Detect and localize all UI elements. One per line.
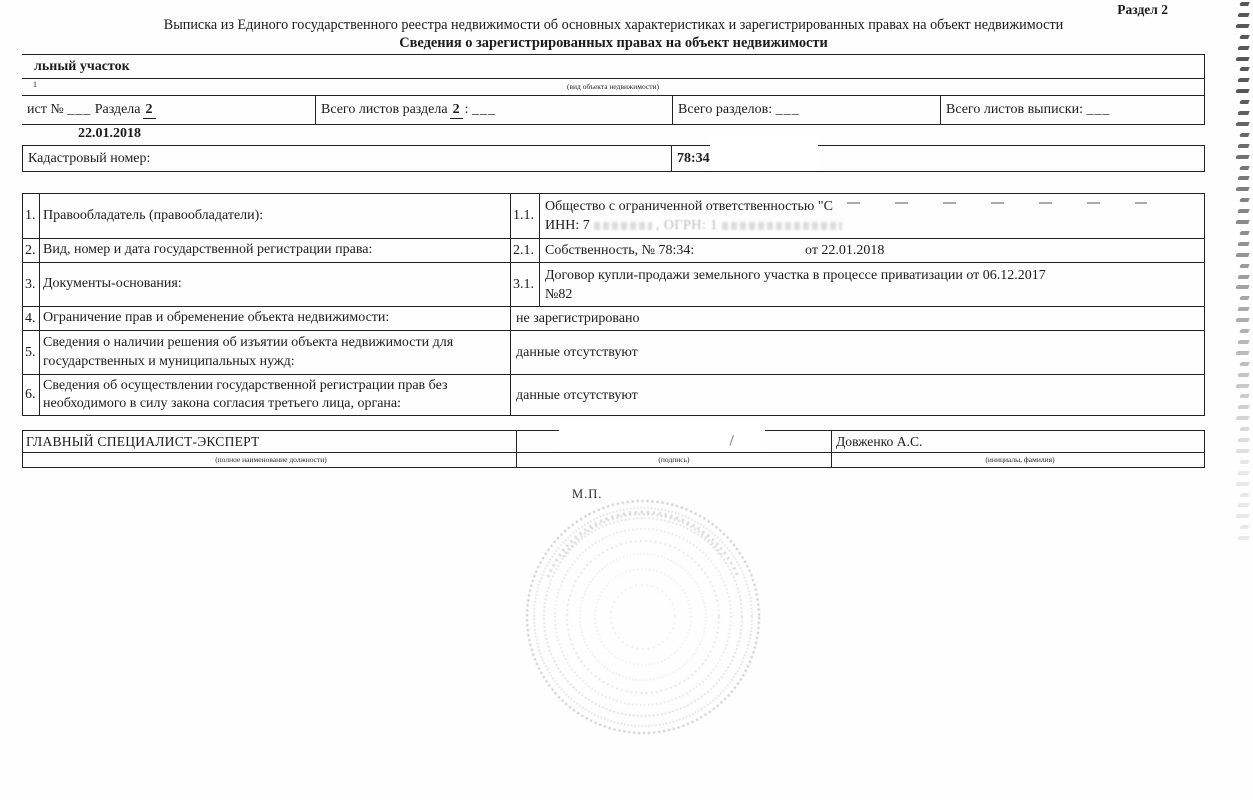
object-type-caption-row: 1 (вид объекта недвижимости) xyxy=(22,79,1204,96)
row-subnumber: 2.1. xyxy=(511,239,540,262)
binding-mark xyxy=(1235,351,1249,355)
total-extract-sheets-cell: Всего листов выписки: ___ xyxy=(940,96,1204,124)
sheet-number-cell: ист № ___ Раздела 2 xyxy=(22,96,315,124)
signature-cell xyxy=(517,431,832,452)
row-number: 4. xyxy=(23,307,40,330)
cadastral-number-label: Кадастровый номер: xyxy=(23,146,672,171)
name-cell: Довженко А.С. xyxy=(832,431,1204,452)
binding-mark xyxy=(1239,296,1249,300)
binding-mark xyxy=(1235,318,1249,322)
sheet-razdel-label: Раздела xyxy=(95,102,141,118)
row-label: Правообладатель (правообладатели): xyxy=(40,194,511,238)
document-subtitle: Сведения о зарегистрированных правах на … xyxy=(22,35,1205,52)
basis-document-number: №82 xyxy=(545,285,1204,304)
ownership-number: Собственность, № 78:34: xyxy=(545,243,694,258)
binding-mark xyxy=(1235,384,1249,388)
binding-mark xyxy=(1235,514,1249,518)
rightholder-name: Общество с ограниченной ответственностью… xyxy=(545,199,833,214)
sheet-razdel-number: 2 xyxy=(143,102,156,119)
row-number: 3. xyxy=(23,263,40,306)
signature-captions-row: (полное наименование должности) (подпись… xyxy=(23,453,1204,467)
total-sheets-label: Всего листов раздела xyxy=(321,102,448,118)
binding-mark xyxy=(1237,242,1249,246)
binding-mark xyxy=(1239,362,1249,366)
total-sections-label: Всего разделов: xyxy=(678,102,772,118)
signature-row: ГЛАВНЫЙ СПЕЦИАЛИСТ-ЭКСПЕРТ Довженко А.С. xyxy=(23,431,1204,453)
binding-mark xyxy=(1237,340,1249,344)
binding-mark xyxy=(1237,438,1249,442)
sign-caption: (подпись) xyxy=(517,453,832,467)
binding-mark xyxy=(1235,122,1249,126)
seizure-info-value: данные отсутствуют xyxy=(516,343,1204,362)
redacted-faint-traces xyxy=(722,222,842,230)
object-type-caption: (вид объекта недвижимости) xyxy=(22,82,1204,91)
total-sheets-number: 2 xyxy=(450,102,463,119)
object-sheets-table: льный участок 1 (вид объекта недвижимост… xyxy=(22,54,1205,125)
sheets-row: ист № ___ Раздела 2 Всего листов раздела… xyxy=(22,96,1204,124)
row-number: 6. xyxy=(23,375,40,415)
binding-mark xyxy=(1239,427,1249,431)
binding-mark xyxy=(1237,209,1249,213)
sheet-number-blank: ___ xyxy=(67,102,91,118)
restrictions-value: не зарегистрировано xyxy=(516,309,1204,328)
row-label: Документы-основания: xyxy=(40,263,511,306)
binding-mark xyxy=(1237,307,1249,311)
binding-mark xyxy=(1235,449,1249,453)
redaction-box xyxy=(710,137,818,169)
binding-mark xyxy=(1237,471,1249,475)
egrn-extract-scan: Раздел 2 Выписка из Единого государствен… xyxy=(0,0,1253,800)
binding-mark xyxy=(1239,133,1249,137)
official-name: Довженко А.С. xyxy=(836,434,922,450)
table-row: 1. Правообладатель (правообладатели): 1.… xyxy=(23,194,1204,238)
binding-mark xyxy=(1237,111,1249,115)
table-row: 6. Сведения об осуществлении государстве… xyxy=(23,374,1204,415)
row-subnumber: 3.1. xyxy=(511,263,540,306)
row-label: Вид, номер и дата государственной регист… xyxy=(40,239,511,262)
binding-mark xyxy=(1235,187,1249,191)
binding-mark xyxy=(1237,536,1249,540)
binding-mark xyxy=(1239,100,1249,104)
total-sheets-blank: ___ xyxy=(472,102,496,118)
table-row: 5. Сведения о наличии решения об изъятии… xyxy=(23,330,1204,374)
sheet-number-label: ист № xyxy=(27,102,64,118)
cadastral-number-table: Кадастровый номер: 78:34:0 xyxy=(22,145,1205,172)
section-label: Раздел 2 xyxy=(1117,2,1168,18)
binding-mark xyxy=(1237,78,1249,82)
row-value: Договор купли-продажи земельного участка… xyxy=(540,263,1204,306)
binding-marks xyxy=(1231,0,1253,560)
issue-date: 22.01.2018 xyxy=(78,126,141,142)
row-number: 2. xyxy=(23,239,40,262)
binding-mark xyxy=(1235,285,1249,289)
table-row: 3. Документы-основания: 3.1. Договор куп… xyxy=(23,262,1204,306)
document-title: Выписка из Единого государственного реес… xyxy=(22,17,1205,34)
binding-mark xyxy=(1235,89,1249,93)
row-label: Ограничение прав и обременение объекта н… xyxy=(40,307,511,330)
binding-mark xyxy=(1235,155,1249,159)
binding-mark xyxy=(1235,253,1249,257)
object-type-value: льный участок xyxy=(34,59,130,75)
binding-mark xyxy=(1239,198,1249,202)
row-value: данные отсутствуют xyxy=(511,331,1204,374)
binding-mark xyxy=(1239,2,1249,6)
redacted-faint-traces xyxy=(594,222,652,230)
ogrn-faint: , ОГРН: 1 xyxy=(656,218,718,233)
binding-mark xyxy=(1239,525,1249,529)
registration-date: от 22.01.2018 xyxy=(805,239,884,262)
binding-mark xyxy=(1235,482,1249,486)
total-extract-sheets-label: Всего листов выписки: xyxy=(946,102,1083,118)
row-label: Сведения о наличии решения об изъятии об… xyxy=(40,331,511,374)
redacted-faint-traces xyxy=(847,202,1147,204)
official-position: ГЛАВНЫЙ СПЕЦИАЛИСТ-ЭКСПЕРТ xyxy=(26,434,260,450)
row-label: Сведения об осуществлении государственно… xyxy=(40,375,511,415)
binding-mark xyxy=(1237,405,1249,409)
row-number: 5. xyxy=(23,331,40,374)
row-value: не зарегистрировано xyxy=(511,307,1204,330)
total-sheets-colon: : xyxy=(465,102,469,118)
total-sections-cell: Всего разделов: ___ xyxy=(672,96,940,124)
row-value: Собственность, № 78:34: от 22.01.2018 xyxy=(540,239,1204,262)
binding-mark xyxy=(1235,416,1249,420)
total-extract-sheets-blank: ___ xyxy=(1086,102,1110,118)
binding-mark xyxy=(1239,67,1249,71)
binding-mark xyxy=(1235,220,1249,224)
total-sections-blank: ___ xyxy=(776,102,800,118)
official-stamp-icon xyxy=(518,497,768,737)
table-row: 4. Ограничение прав и обременение объект… xyxy=(23,306,1204,330)
inn-prefix: ИНН: 7 xyxy=(545,218,590,233)
signature-table: ГЛАВНЫЙ СПЕЦИАЛИСТ-ЭКСПЕРТ Довженко А.С.… xyxy=(22,430,1205,468)
binding-mark xyxy=(1237,176,1249,180)
row-number: 1. xyxy=(23,194,40,238)
binding-mark xyxy=(1237,503,1249,507)
cadastral-number-value-cell: 78:34:0 xyxy=(672,146,1204,171)
binding-mark xyxy=(1239,394,1249,398)
basis-document: Договор купли-продажи земельного участка… xyxy=(545,266,1204,285)
binding-mark xyxy=(1239,231,1249,235)
position-caption: (полное наименование должности) xyxy=(23,453,517,467)
binding-mark xyxy=(1239,329,1249,333)
binding-mark xyxy=(1237,373,1249,377)
position-cell: ГЛАВНЫЙ СПЕЦИАЛИСТ-ЭКСПЕРТ xyxy=(23,431,517,452)
binding-mark xyxy=(1237,275,1249,279)
rights-table: 1. Правообладатель (правообладатели): 1.… xyxy=(22,193,1205,416)
row-subnumber: 1.1. xyxy=(511,194,540,238)
binding-mark xyxy=(1235,24,1249,28)
name-caption: (инициалы, фамилия) xyxy=(832,453,1204,467)
binding-mark xyxy=(1239,166,1249,170)
total-sheets-cell: Всего листов раздела 2 : ___ xyxy=(315,96,672,124)
binding-mark xyxy=(1237,13,1249,17)
binding-mark xyxy=(1239,264,1249,268)
row-value: Общество с ограниченной ответственностью… xyxy=(540,194,1204,238)
third-party-consent-value: данные отсутствуют xyxy=(516,386,1204,405)
binding-mark xyxy=(1239,460,1249,464)
row-value: данные отсутствуют xyxy=(511,375,1204,415)
binding-mark xyxy=(1237,46,1249,50)
binding-mark xyxy=(1239,493,1249,497)
binding-mark xyxy=(1237,144,1249,148)
binding-mark xyxy=(1239,35,1249,39)
table-row: 2. Вид, номер и дата государственной рег… xyxy=(23,238,1204,262)
binding-mark xyxy=(1235,57,1249,61)
object-type-row: льный участок xyxy=(22,55,1204,79)
